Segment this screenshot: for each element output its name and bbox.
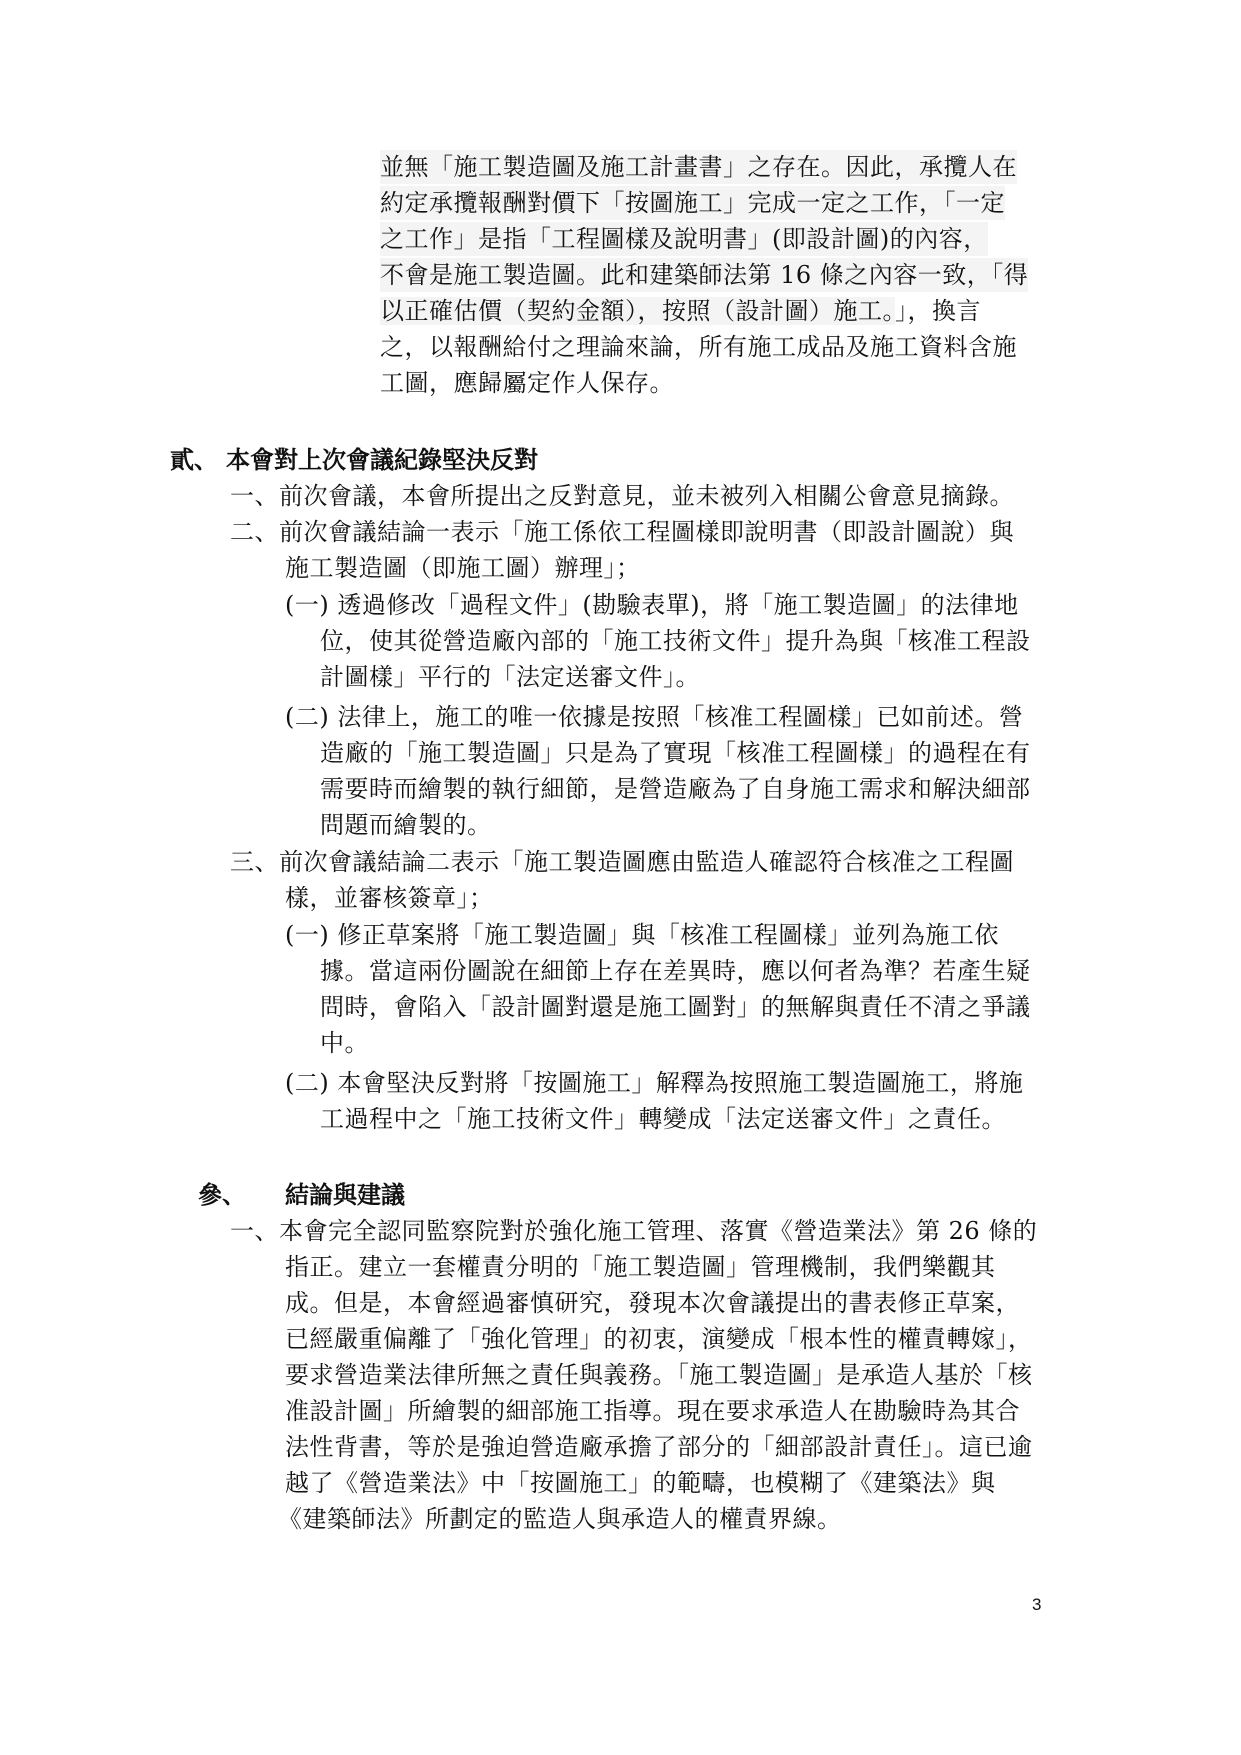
section-2-item-2-sub-1: (一) 透過修改「過程文件」(勘驗表單)，將「施工製造圖」的法律地 — [285, 588, 1019, 622]
section-3-item-1-cont-1: 指正。建立一套權責分明的「施工製造圖」管理機制，我們樂觀其 — [285, 1250, 996, 1284]
section-2-item-2-sub-2-cont-3: 問題而繪製的。 — [320, 808, 492, 842]
section-3-number: 參、 — [198, 1181, 246, 1209]
item-marker: 二、 — [230, 518, 279, 546]
subitem-text: 修正草案將「施工製造圖」與「核准工程圖樣」並列為施工依 — [337, 921, 999, 949]
section-2-item-2-cont: 施工製造圖（即施工圖）辦理」； — [285, 551, 641, 585]
page-number: 3 — [1032, 1595, 1041, 1615]
intro-line-6: 之，以報酬給付之理論來論，所有施工成品及施工資料含施 — [380, 330, 1017, 364]
intro-line-3: 之工作」是指「工程圖樣及說明書」(即設計圖)的內容， — [380, 222, 988, 256]
subitem-marker: (二) — [285, 1069, 329, 1097]
section-2-item-2-sub-1-cont-1: 位，使其從營造廠內部的「施工技術文件」提升為與「核准工程設 — [320, 624, 1031, 658]
intro-line-5-rest: 」，換言 — [895, 297, 981, 325]
section-2-item-2-sub-2: (二) 法律上，施工的唯一依據是按照「核准工程圖樣」已如前述。營 — [285, 700, 1023, 734]
section-2-item-1: 一、前次會議，本會所提出之反對意見，並未被列入相關公會意見摘錄。 — [230, 479, 1014, 513]
intro-line-2: 約定承攬報酬對價下「按圖施工」完成一定之工作，「一定 — [380, 186, 1005, 220]
section-2-item-3-sub-1-cont-3: 中。 — [320, 1026, 369, 1060]
section-2-item-3-sub-2-cont-1: 工過程中之「施工技術文件」轉變成「法定送審文件」之責任。 — [320, 1102, 1006, 1136]
intro-line-5: 以正確估價（契約金額），按照（設計圖）施工。」，換言 — [380, 294, 981, 328]
section-2-number: 貳、 — [170, 446, 218, 474]
section-3-heading: 參、結論與建議 — [198, 1178, 246, 1212]
section-2-item-3-sub-1-cont-2: 問時，會陷入「設計圖對還是施工圖對」的無解與責任不清之爭議 — [320, 990, 1031, 1024]
section-3-item-1-cont-7: 越了《營造業法》中「按圖施工」的範疇，也模糊了《建築法》與 — [285, 1466, 996, 1500]
intro-line-4: 不會是施工製造圖。此和建築師法第 16 條之內容一致，「得 — [380, 258, 1028, 292]
section-2-item-3: 三、前次會議結論二表示「施工製造圖應由監造人確認符合核准之工程圖 — [230, 845, 1014, 879]
subitem-marker: (二) — [285, 703, 329, 731]
section-2-item-3-sub-2: (二) 本會堅決反對將「按圖施工」解釋為按照施工製造圖施工，將施 — [285, 1066, 1023, 1100]
section-2-item-3-sub-1: (一) 修正草案將「施工製造圖」與「核准工程圖樣」並列為施工依 — [285, 918, 999, 952]
section-2-item-3-sub-1-cont-1: 據。當這兩份圖說在細節上存在差異時，應以何者為準？若產生疑 — [320, 954, 1031, 988]
item-marker: 一、 — [230, 1217, 279, 1245]
intro-line-7: 工圖，應歸屬定作人保存。 — [380, 366, 674, 400]
subitem-text: 透過修改「過程文件」(勘驗表單)，將「施工製造圖」的法律地 — [337, 591, 1018, 619]
section-3-item-1-cont-3: 已經嚴重偏離了「強化管理」的初衷，演變成「根本性的權責轉嫁」， — [285, 1322, 1033, 1356]
section-2-item-2-sub-2-cont-1: 造廠的「施工製造圖」只是為了實現「核准工程圖樣」的過程在有 — [320, 736, 1031, 770]
section-3-item-1-cont-2: 成。但是，本會經過審慎研究，發現本次會議提出的書表修正草案， — [285, 1286, 1020, 1320]
section-3-item-1-cont-8: 《建築師法》所劃定的監造人與承造人的權責界線。 — [278, 1502, 842, 1536]
section-2-item-3-cont: 樣，並審核簽章」； — [285, 881, 494, 915]
item-text: 前次會議結論二表示「施工製造圖應由監造人確認符合核准之工程圖 — [279, 848, 1014, 876]
section-2-title: 本會對上次會議紀錄堅決反對 — [226, 446, 538, 474]
subitem-marker: (一) — [285, 591, 329, 619]
section-2-item-2-sub-1-cont-2: 計圖樣」平行的「法定送審文件」。 — [320, 660, 700, 694]
item-text: 前次會議，本會所提出之反對意見，並未被列入相關公會意見摘錄。 — [279, 482, 1014, 510]
item-marker: 三、 — [230, 848, 279, 876]
section-2-item-2-sub-2-cont-2: 需要時而繪製的執行細節，是營造廠為了自身施工需求和解決細部 — [320, 772, 1031, 806]
subitem-text: 法律上，施工的唯一依據是按照「核准工程圖樣」已如前述。營 — [337, 703, 1023, 731]
item-text: 前次會議結論一表示「施工係依工程圖樣即說明書（即設計圖說）與 — [279, 518, 1014, 546]
item-marker: 一、 — [230, 482, 279, 510]
section-2-item-2: 二、前次會議結論一表示「施工係依工程圖樣即說明書（即設計圖說）與 — [230, 515, 1014, 549]
subitem-marker: (一) — [285, 921, 329, 949]
section-3-item-1-cont-4: 要求營造業法律所無之責任與義務。「施工製造圖」是承造人基於「核 — [285, 1358, 1033, 1392]
intro-line-5-highlight: 以正確估價（契約金額），按照（設計圖）施工。 — [380, 297, 895, 325]
item-text: 本會完全認同監察院對於強化施工管理、落實《營造業法》第 26 條的 — [279, 1217, 1037, 1245]
section-3-item-1-cont-6: 法性背書，等於是強迫營造廠承擔了部分的「細部設計責任」。這已逾 — [285, 1430, 1033, 1464]
section-2-heading: 貳、本會對上次會議紀錄堅決反對 — [170, 443, 538, 477]
subitem-text: 本會堅決反對將「按圖施工」解釋為按照施工製造圖施工，將施 — [337, 1069, 1023, 1097]
section-3-item-1: 一、本會完全認同監察院對於強化施工管理、落實《營造業法》第 26 條的 — [230, 1214, 1037, 1248]
section-3-title: 結論與建議 — [285, 1178, 405, 1212]
section-3-item-1-cont-5: 准設計圖」所繪製的細部施工指導。現在要求承造人在勘驗時為其合 — [285, 1394, 1020, 1428]
intro-line-1: 並無「施工製造圖及施工計畫書」之存在。因此，承攬人在 — [380, 150, 1017, 184]
